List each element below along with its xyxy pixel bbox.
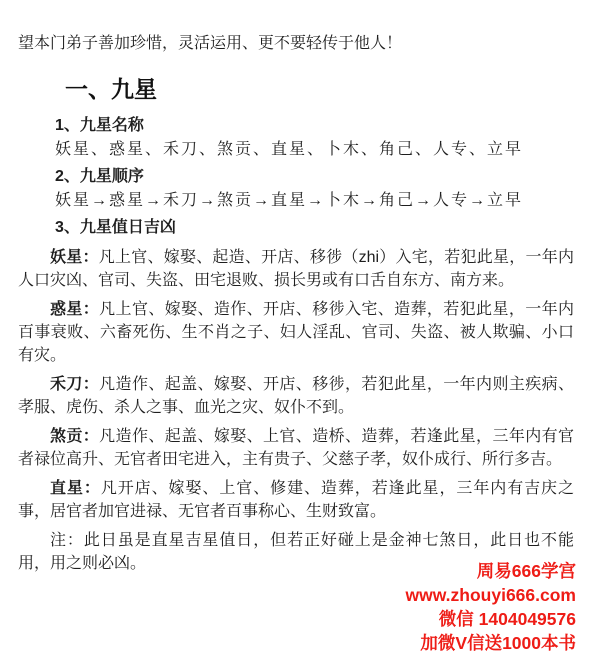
star-text-huoxing: 凡上官、嫁娶、造作、开店、移徏入宅、造葬，若犯此星，一年内百事衰败、六畜死伤、生… <box>18 301 574 364</box>
watermark-url: www.zhouyi666.com <box>405 583 576 607</box>
note-label: 注： <box>50 532 84 549</box>
section-heading-names: 1、九星名称 <box>55 114 574 138</box>
section-duty-day-fortune: 3、九星值日吉凶 <box>18 216 574 240</box>
star-label-yaoxing: 妖星： <box>50 249 99 266</box>
nine-star-names-list: 妖星、惑星、禾刀、煞贡、直星、卜木、角己、人专、立早 <box>55 138 574 162</box>
star-paragraph-hedao: 禾刀：凡造作、起盖、嫁娶、开店、移徏，若犯此星，一年内则主疾病、孝服、虎伤、杀人… <box>18 373 574 419</box>
star-paragraph-zhixing: 直星：凡开店、嫁娶、上官、修建、造葬，若逢此星，三年内有吉庆之事，居官者加官进禄… <box>18 477 574 523</box>
watermark: 周易666学宫 www.zhouyi666.com 微信 1404049576 … <box>405 559 576 655</box>
section-nine-star-names: 1、九星名称 妖星、惑星、禾刀、煞贡、直星、卜木、角己、人专、立早 <box>18 114 574 162</box>
nine-star-order-sequence: 妖星→惑星→禾刀→煞贡→直星→卜木→角己→人专→立早 <box>55 189 574 213</box>
section-heading-fortune: 3、九星值日吉凶 <box>55 216 574 240</box>
watermark-site-name: 周易666学宫 <box>405 559 576 583</box>
intro-line: 望本门弟子善加珍惜，灵活运用、更不要轻传于他人！ <box>18 33 574 55</box>
watermark-promo: 加微V信送1000本书 <box>405 631 576 655</box>
star-text-shagong: 凡造作、起盖、嫁娶、上官、造桥、造葬，若逢此星，三年内有官者禄位高升、无官者田宅… <box>18 428 574 468</box>
star-paragraph-huoxing: 惑星：凡上官、嫁娶、造作、开店、移徏入宅、造葬，若犯此星，一年内百事衰败、六畜死… <box>18 298 574 367</box>
star-label-huoxing: 惑星： <box>50 301 99 318</box>
star-text-yaoxing: 凡上官、嫁娶、起造、开店、移徏（zhi）入宅，若犯此星，一年内人口灾凶、官司、失… <box>18 249 574 289</box>
star-paragraph-yaoxing: 妖星：凡上官、嫁娶、起造、开店、移徏（zhi）入宅，若犯此星，一年内人口灾凶、官… <box>18 246 574 292</box>
star-label-hedao: 禾刀： <box>50 376 99 393</box>
section-heading-order: 2、九星顺序 <box>55 165 574 189</box>
star-text-hedao: 凡造作、起盖、嫁娶、开店、移徏，若犯此星，一年内则主疾病、孝服、虎伤、杀人之事、… <box>18 376 574 416</box>
star-text-zhixing: 凡开店、嫁娶、上官、修建、造葬，若逢此星，三年内有吉庆之事，居官者加官进禄、无官… <box>18 480 574 520</box>
chapter-heading: 一、九星 <box>65 71 574 104</box>
star-label-shagong: 煞贡： <box>50 428 99 445</box>
watermark-wechat-id: 微信 1404049576 <box>405 607 576 631</box>
star-paragraph-shagong: 煞贡：凡造作、起盖、嫁娶、上官、造桥、造葬，若逢此星，三年内有官者禄位高升、无官… <box>18 425 574 471</box>
star-label-zhixing: 直星： <box>50 480 101 497</box>
document-page: 望本门弟子善加珍惜，灵活运用、更不要轻传于他人！ 一、九星 1、九星名称 妖星、… <box>0 0 592 575</box>
section-nine-star-order: 2、九星顺序 妖星→惑星→禾刀→煞贡→直星→卜木→角己→人专→立早 <box>18 165 574 213</box>
